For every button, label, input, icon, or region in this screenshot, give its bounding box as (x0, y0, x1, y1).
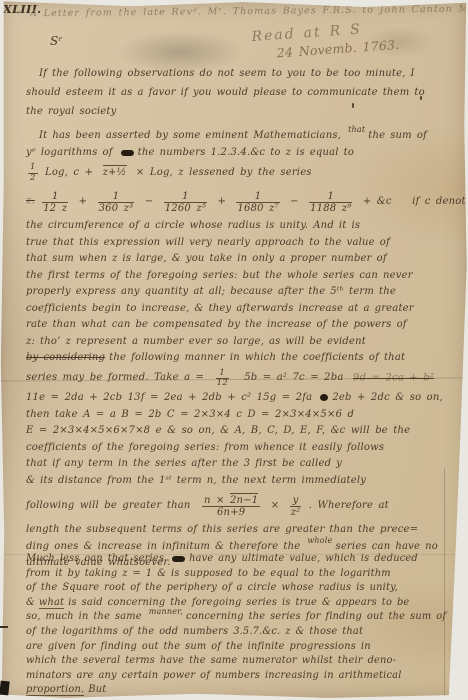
formula-coefficients-1: 11e = 2da + 2cb 13f = 2ea + 2db + c² 15g… (26, 390, 446, 407)
line: of the Square root of the periphery of a… (26, 581, 446, 596)
corner-mark (0, 681, 10, 696)
underlined-word: what (39, 597, 64, 609)
line-logarithms: yᵉ logarithms ofthe numbers 1.2.3.4.&c t… (26, 145, 446, 162)
formula-E-line: E = 2×3×4×5×6×7×8 e & so on, & A, B, C, … (26, 423, 446, 440)
inserted-word: that (348, 125, 365, 134)
fraction: 11260 z⁵ (164, 191, 207, 214)
inserted-word: manner, (149, 607, 183, 616)
line: the first terms of the foregoing series:… (26, 268, 446, 285)
fraction: 11680 z⁷ (236, 191, 279, 214)
line: from it by taking z = 1 & is supposed to… (26, 567, 446, 582)
inserted-word: whole (307, 536, 332, 545)
fold-crease (0, 554, 468, 555)
line: coefficients of the foregoing series: fr… (26, 440, 446, 457)
manuscript-paper: XLIII. A Letter from the late Revᵈ. Mʳ. … (0, 0, 468, 700)
line: true that this expression will very near… (26, 235, 446, 252)
line: that sum when z is large, & you take in … (26, 251, 446, 268)
fraction: 1360 z³ (98, 191, 135, 214)
vinculum-term: z+½ (103, 165, 127, 178)
line-proportion: proportion.But (26, 683, 446, 698)
ink-speck (352, 103, 354, 108)
line: z: tho’ z represent a number ever so lar… (26, 334, 446, 351)
paragraph-main: It has been asserted by some eminent Mat… (26, 128, 446, 572)
line: rate than what can be compensated by the… (26, 317, 446, 334)
cancelled-term: z. (26, 196, 35, 207)
line: If the following observations do not see… (26, 64, 446, 83)
fraction: 12 (28, 163, 38, 183)
line-manner: so, much in the samemanner,concerning th… (26, 610, 446, 625)
vinculum-term: 2n−1 (230, 493, 258, 506)
salutation: Sʳ (50, 34, 63, 48)
line: are given for finding out the sum of the… (26, 640, 446, 655)
line: & its distance from the 1ˢᵗ term n, the … (26, 473, 446, 490)
formula-then-take: then take A = a B = 2b C = 2×3×4 c D = 2… (26, 407, 446, 424)
struck-words: by considering (26, 352, 105, 363)
line: which the several terms have the same nu… (26, 654, 446, 669)
formula-log-c: 12 Log, c + z+½ × Log, z lessened by the… (26, 161, 446, 185)
line-asserted: It has been asserted by some eminent Mat… (26, 128, 446, 145)
line-considering: by consideringthe following manner in wh… (26, 350, 446, 367)
fraction: yz² (290, 495, 302, 518)
ink-blot (320, 394, 328, 401)
paragraph-opening: If the following observations do not see… (26, 64, 446, 121)
vertical-crease (444, 468, 445, 700)
line: the circumference of a circle whose radi… (26, 218, 446, 235)
line: should esteem it as a favor if you would… (26, 83, 446, 102)
line: coefficients begin to increase, & they a… (26, 301, 446, 318)
ink-blot (121, 150, 134, 156)
ink-blot (172, 556, 185, 562)
line: the royal society (26, 102, 446, 121)
fraction: n × 2n−1 6n+9 (202, 495, 260, 518)
line: length the subsequent terms of this seri… (26, 522, 446, 539)
line-what: &whatis said concerning the foregoing se… (26, 596, 446, 611)
line: minators are any certain power of number… (26, 669, 446, 684)
ink-speck (420, 96, 422, 100)
margin-dash (0, 626, 8, 628)
line: of the logarithms of the odd numbers 3.5… (26, 625, 446, 640)
paragraph-much-less: Much less can that serieshave any ultima… (26, 552, 446, 698)
letter-title: A Letter from the late Revᵈ. Mʳ. Thomas … (30, 4, 466, 20)
formula-series: z. 112 z + 1360 z³ − 11260 z⁵ + 11680 z⁷… (26, 185, 446, 218)
formula-greater-than: following will be greater than n × 2n−1 … (26, 489, 446, 522)
fraction: 11188 z⁹ (309, 191, 352, 214)
underlined-word: proportion. (26, 684, 84, 696)
fraction: 112 z (42, 191, 68, 214)
reading-endorsement: Read at R S 24 Novemb. 1763. (251, 19, 400, 62)
line: properly express any quantity at all; be… (26, 284, 446, 301)
line: that if any term in the series after the… (26, 456, 446, 473)
